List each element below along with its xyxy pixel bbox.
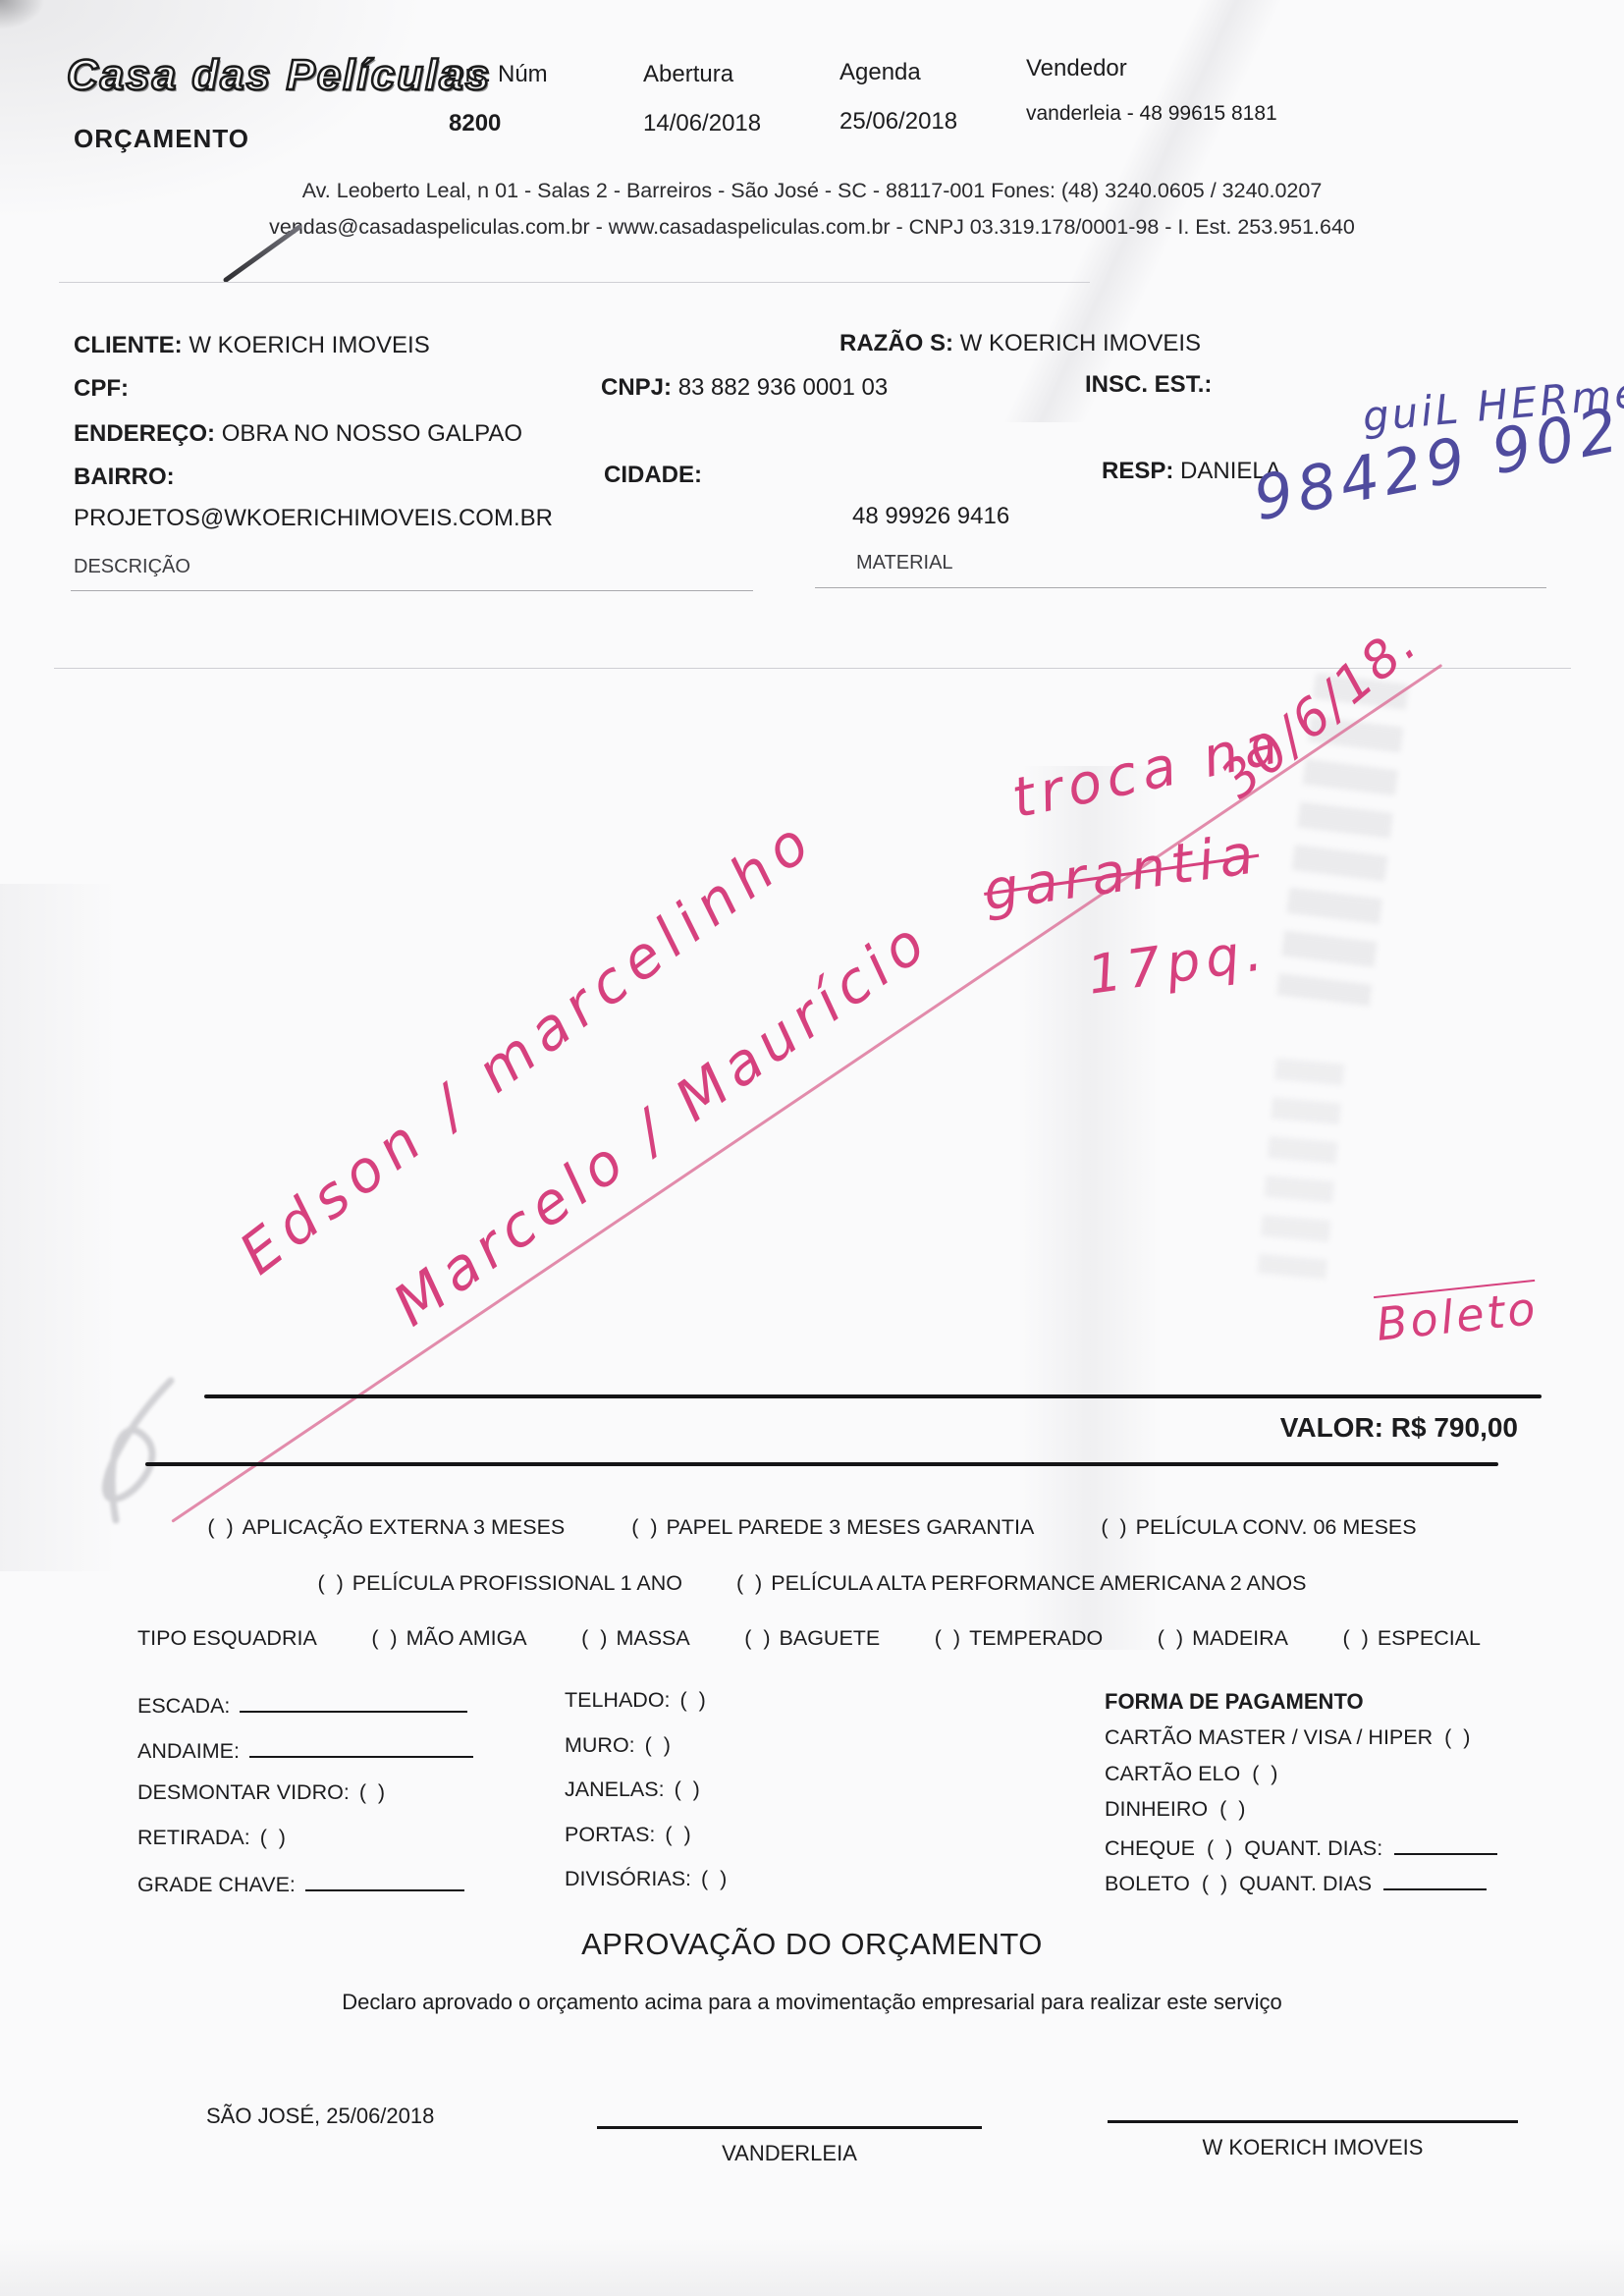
cliente-label: CLIENTE: <box>74 332 183 358</box>
razao-row: RAZÃO S: W KOERICH IMOVEIS <box>839 330 1201 357</box>
payment-label: CARTÃO MASTER / VISA / HIPER <box>1105 1725 1433 1750</box>
service-row: GRADE CHAVE: <box>137 1870 473 1915</box>
service-label: JANELAS: <box>565 1777 665 1802</box>
handwritten-boleto: Boleto <box>1374 1282 1541 1351</box>
esquadria-option: ( ) MADEIRA <box>1158 1626 1288 1651</box>
checkbox-parens: ( ) <box>1343 1626 1369 1651</box>
checkbox-parens: ( ) <box>1158 1626 1183 1651</box>
endereco-value: OBRA NO NOSSO GALPAO <box>222 420 522 447</box>
payment-row: CARTÃO MASTER / VISA / HIPER ( ) <box>1105 1725 1497 1762</box>
warranty-option: ( ) PAPEL PAREDE 3 MESES GARANTIA <box>631 1515 1034 1540</box>
esquadria-option: ( ) MASSA <box>581 1626 690 1651</box>
descricao-underline <box>71 590 753 591</box>
signature-name-vendor: VANDERLEIA <box>597 2141 982 2166</box>
warranty-option: ( ) PELÍCULA CONV. 06 MESES <box>1101 1515 1416 1540</box>
payment-label: BOLETO <box>1105 1872 1190 1896</box>
service-row: PORTAS: ( ) <box>565 1823 727 1868</box>
service-label: RETIRADA: <box>137 1826 250 1850</box>
endereco-label: ENDEREÇO: <box>74 420 215 447</box>
checkbox-parens: ( ) <box>701 1867 727 1891</box>
service-row: DESMONTAR VIDRO: ( ) <box>137 1780 473 1826</box>
payment-label: CARTÃO ELO <box>1105 1762 1240 1786</box>
agenda-label: Agenda <box>839 59 921 86</box>
signature-line-vendor <box>597 2126 982 2129</box>
client-email: PROJETOS@WKOERICHIMOVEIS.COM.BR <box>74 505 553 532</box>
esquadria-option: ( ) MÃO AMIGA <box>371 1626 526 1651</box>
paper-crease-diagonal <box>864 0 1414 422</box>
checkbox-parens: ( ) <box>675 1777 700 1802</box>
checkbox-parens: ( ) <box>359 1780 385 1805</box>
service-row: RETIRADA: ( ) <box>137 1826 473 1871</box>
signature-line-client <box>1108 2120 1518 2123</box>
service-row: TELHADO: ( ) <box>565 1688 727 1733</box>
agenda-value: 25/06/2018 <box>839 108 957 136</box>
blank-line <box>240 1691 467 1713</box>
cliente-value: W KOERICH IMOVEIS <box>189 332 429 358</box>
insc-est-label: INSC. EST.: <box>1085 371 1212 399</box>
warranty-option-label: PELÍCULA ALTA PERFORMANCE AMERICANA 2 AN… <box>771 1571 1306 1596</box>
checkbox-parens: ( ) <box>371 1626 397 1651</box>
service-row: MURO: ( ) <box>565 1733 727 1778</box>
warranty-option: ( ) PELÍCULA PROFISSIONAL 1 ANO <box>318 1571 682 1596</box>
warranty-option: ( ) PELÍCULA ALTA PERFORMANCE AMERICANA … <box>736 1571 1307 1596</box>
cnpj-value: 83 882 936 0001 03 <box>678 374 889 401</box>
esquadria-option-label: TEMPERADO <box>969 1626 1103 1651</box>
esquadria-option: ( ) ESPECIAL <box>1343 1626 1481 1651</box>
paper-corner-mark <box>0 0 59 45</box>
handwritten-note-line3: 17pq. <box>1084 920 1272 1007</box>
abertura-label: Abertura <box>643 61 733 88</box>
cnpj-row: CNPJ: 83 882 936 0001 03 <box>601 374 888 402</box>
checkbox-parens: ( ) <box>260 1826 286 1850</box>
warranty-row-2: ( ) PELÍCULA PROFISSIONAL 1 ANO ( ) PELÍ… <box>0 1571 1624 1596</box>
checkbox-parens: ( ) <box>645 1733 671 1758</box>
warranty-option-label: APLICAÇÃO EXTERNA 3 MESES <box>243 1515 566 1540</box>
service-label: PORTAS: <box>565 1823 655 1847</box>
service-label: TELHADO: <box>565 1688 671 1713</box>
checkbox-parens: ( ) <box>1219 1797 1245 1822</box>
checkbox-parens: ( ) <box>680 1688 706 1713</box>
service-label: ESCADA: <box>137 1694 230 1719</box>
vendedor-label: Vendedor <box>1026 55 1127 82</box>
checkbox-parens: ( ) <box>935 1626 960 1651</box>
material-underline <box>815 587 1546 588</box>
cliente-row: CLIENTE: W KOERICH IMOVEIS <box>74 332 430 359</box>
bleed-through-smudge <box>1258 1058 1345 1279</box>
company-contact-line: vendas@casadaspeliculas.com.br - www.cas… <box>0 215 1624 240</box>
warranty-option-label: PELÍCULA CONV. 06 MESES <box>1136 1515 1417 1540</box>
payment-row: CHEQUE ( ) QUANT. DIAS: <box>1105 1833 1497 1870</box>
checkbox-parens: ( ) <box>1444 1725 1470 1750</box>
service-label: DESMONTAR VIDRO: <box>137 1780 350 1805</box>
service-label: MURO: <box>565 1733 635 1758</box>
esquadria-option: ( ) BAGUETE <box>744 1626 880 1651</box>
blank-line <box>1383 1869 1487 1890</box>
service-label: ANDAIME: <box>137 1739 240 1764</box>
payment-suffix-label: QUANT. DIAS <box>1239 1872 1372 1896</box>
bairro-label: BAIRRO: <box>74 464 175 491</box>
esquadria-option: ( ) TEMPERADO <box>935 1626 1103 1651</box>
valor-amount: VALOR: R$ 790,00 <box>1280 1412 1518 1444</box>
checkbox-parens: ( ) <box>1101 1515 1126 1540</box>
payment-row: CARTÃO ELO ( ) <box>1105 1762 1497 1798</box>
service-row: ESCADA: <box>137 1691 473 1736</box>
blank-line <box>249 1736 473 1758</box>
vendedor-value: vanderleia - 48 99615 8181 <box>1026 102 1277 126</box>
warranty-option: ( ) APLICAÇÃO EXTERNA 3 MESES <box>207 1515 565 1540</box>
client-phone: 48 99926 9416 <box>852 503 1009 530</box>
approval-declaration: Declaro aprovado o orçamento acima para … <box>0 1990 1624 2015</box>
checkbox-parens: ( ) <box>207 1515 233 1540</box>
service-label: GRADE CHAVE: <box>137 1873 296 1897</box>
checkbox-parens: ( ) <box>318 1571 344 1596</box>
valor-rule-bottom <box>145 1462 1498 1466</box>
material-label: MATERIAL <box>856 552 953 574</box>
services-column-1: ESCADA: ANDAIME: DESMONTAR VIDRO: ( ) RE… <box>137 1691 473 1915</box>
esquadria-option-label: MÃO AMIGA <box>406 1626 527 1651</box>
checkbox-parens: ( ) <box>631 1515 657 1540</box>
company-logo: Casa das Películas <box>67 51 491 100</box>
document-type-label: ORÇAMENTO <box>74 124 249 154</box>
esquadria-option-label: MADEIRA <box>1192 1626 1288 1651</box>
service-row: ANDAIME: <box>137 1736 473 1781</box>
scanned-orcamento-document: Casa das Películas ORÇAMENTO Orç. Núm 82… <box>0 0 1624 2296</box>
handwritten-note-line2-struck: garantia <box>979 822 1263 924</box>
paper-crease-left <box>0 884 118 1571</box>
endereco-row: ENDEREÇO: OBRA NO NOSSO GALPAO <box>74 420 522 448</box>
approval-title: APROVAÇÃO DO ORÇAMENTO <box>0 1927 1624 1962</box>
payment-column: FORMA DE PAGAMENTO CARTÃO MASTER / VISA … <box>1105 1689 1497 1905</box>
orc-num-label: Orç. Núm <box>447 61 548 88</box>
warranty-option-label: PAPEL PAREDE 3 MESES GARANTIA <box>667 1515 1035 1540</box>
resp-label: RESP: <box>1102 458 1173 484</box>
valor-rule-top <box>204 1394 1542 1398</box>
payment-label: CHEQUE <box>1105 1836 1195 1861</box>
descricao-label: DESCRIÇÃO <box>74 556 190 578</box>
cpf-label: CPF: <box>74 375 129 403</box>
esquadria-title: TIPO ESQUADRIA <box>137 1626 317 1651</box>
services-column-2: TELHADO: ( ) MURO: ( ) JANELAS: ( ) PORT… <box>565 1688 727 1912</box>
esquadria-option-label: BAGUETE <box>780 1626 881 1651</box>
service-row: DIVISÓRIAS: ( ) <box>565 1867 727 1912</box>
handwritten-note-line1: troca na <box>1006 712 1288 832</box>
abertura-value: 14/06/2018 <box>643 110 761 137</box>
company-address-line: Av. Leoberto Leal, n 01 - Salas 2 - Barr… <box>0 179 1624 203</box>
paper-shading-bottom <box>0 2237 1624 2296</box>
payment-row: DINHEIRO ( ) <box>1105 1797 1497 1833</box>
pencil-smudge <box>77 1373 224 1530</box>
esquadria-row: TIPO ESQUADRIA ( ) MÃO AMIGA ( ) MASSA (… <box>137 1626 1481 1651</box>
checkbox-parens: ( ) <box>1202 1872 1227 1896</box>
checkbox-parens: ( ) <box>1207 1836 1232 1861</box>
orc-num-value: 8200 <box>449 110 501 137</box>
checkbox-parens: ( ) <box>736 1571 762 1596</box>
checkbox-parens: ( ) <box>1252 1762 1277 1786</box>
service-row: JANELAS: ( ) <box>565 1777 727 1823</box>
payment-row: BOLETO ( ) QUANT. DIAS <box>1105 1869 1497 1905</box>
warranty-row-1: ( ) APLICAÇÃO EXTERNA 3 MESES ( ) PAPEL … <box>0 1515 1624 1540</box>
cidade-label: CIDADE: <box>604 462 702 489</box>
checkbox-parens: ( ) <box>744 1626 770 1651</box>
esquadria-option-label: MASSA <box>616 1626 689 1651</box>
checkbox-parens: ( ) <box>665 1823 690 1847</box>
payment-title: FORMA DE PAGAMENTO <box>1105 1689 1497 1725</box>
warranty-option-label: PELÍCULA PROFISSIONAL 1 ANO <box>352 1571 682 1596</box>
checkbox-parens: ( ) <box>581 1626 607 1651</box>
faint-rule <box>59 282 1090 283</box>
service-label: DIVISÓRIAS: <box>565 1867 691 1891</box>
payment-label: DINHEIRO <box>1105 1797 1208 1822</box>
payment-suffix-label: QUANT. DIAS: <box>1244 1836 1382 1861</box>
cnpj-label: CNPJ: <box>601 374 672 401</box>
city-date: SÃO JOSÉ, 25/06/2018 <box>206 2104 434 2129</box>
esquadria-option-label: ESPECIAL <box>1378 1626 1481 1651</box>
signature-name-client: W KOERICH IMOVEIS <box>1108 2135 1518 2160</box>
razao-value: W KOERICH IMOVEIS <box>960 330 1201 356</box>
blank-line <box>305 1870 464 1891</box>
razao-label: RAZÃO S: <box>839 330 953 356</box>
blank-line <box>1394 1833 1497 1855</box>
